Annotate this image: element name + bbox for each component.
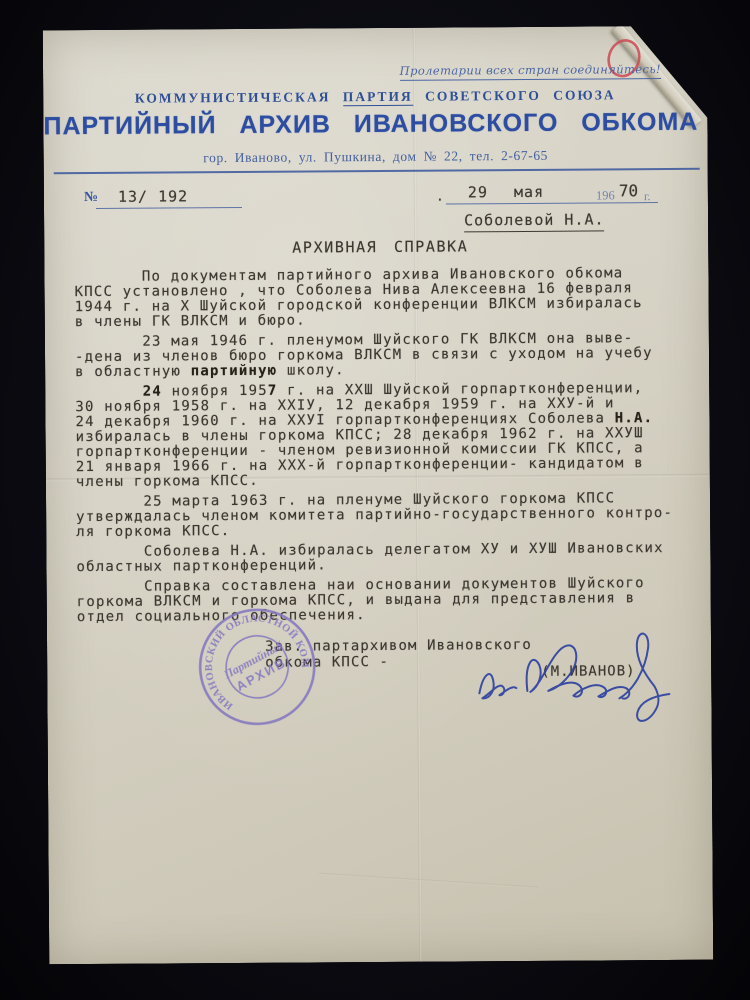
paragraph-line: в областную партийную школу. [75,361,693,380]
document-body: По документам партийного архива Ивановск… [74,266,694,630]
paragraph: 25 марта 1963 г. на пленуме Шуйского гор… [76,491,694,540]
stamp: ИВАНОВСКИЙ ОБЛАСТНОЙ КОМИТЕТ КПСС Партий… [195,604,320,729]
signature-autograph [467,612,698,732]
addressee: Соболевой Н.А. [464,210,605,232]
number-sign: № [84,190,98,206]
number-underline [96,207,242,209]
date-mark: . [436,190,444,205]
org-name-underlined: ПАРТИЯ [343,89,413,106]
doc-number: 13/ 192 [118,187,188,205]
org-name-part1: КОММУНИСТИЧЕСКАЯ [135,89,331,105]
slogan: Пролетарии всех стран соединяйтесь! [400,62,662,81]
date-year-printed: 196 [596,188,615,203]
paragraph: 24 ноября 1957 г. на ХХШ Шуйской горпарт… [75,381,694,490]
bottom-crease [319,873,539,889]
date-year-typed: 70 [619,181,638,200]
paragraph: По документам партийного архива Ивановск… [74,266,692,330]
doc-date: 29 мая [468,183,544,202]
org-name-line: КОММУНИСТИЧЕСКАЯ ПАРТИЯ СОВЕТСКОГО СОЮЗА [43,87,707,108]
org-name-part2: СОВЕТСКОГО СОЮЗА [425,87,616,103]
paper: Пролетарии всех стран соединяйтесь! КОММ… [43,26,714,965]
date-underline [446,202,596,204]
paragraph: Соболева Н.А. избиралась делегатом ХУ и … [76,541,694,575]
archive-title: ПАРТИЙНЫЙ АРХИВ ИВАНОВСКОГО ОБКОМА КПСС [43,108,707,142]
paragraph-line: ля горкома КПСС. [76,521,694,540]
paragraph-line: члены горкома КПСС. [76,471,694,490]
photo-background: Пролетарии всех стран соединяйтесь! КОММ… [0,0,750,1000]
paragraph-line: областных партконференций. [76,556,694,575]
paragraph: 23 мая 1946 г. пленумом Шуйского ГК ВЛКС… [75,331,693,380]
address-line: гор. Иваново, ул. Пушкина, дом № 22, тел… [44,147,708,168]
letterhead-rule [54,168,700,175]
doc-title: АРХИВНАЯ СПРАВКА [292,237,468,256]
paragraph-line: в члены ГК ВЛКСМ и бюро. [75,311,693,330]
